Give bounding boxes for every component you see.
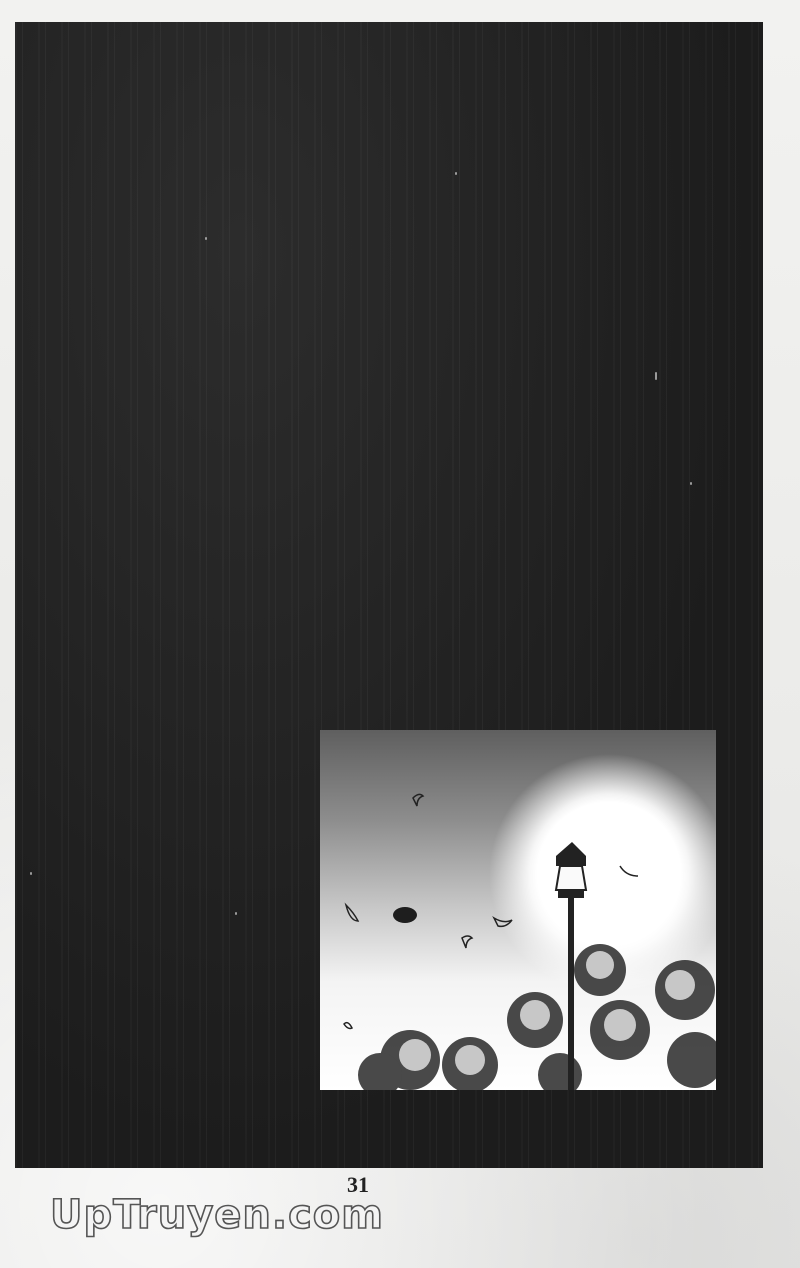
leaf-icon (462, 936, 472, 948)
dark-leaf (393, 907, 417, 923)
dust-speck (235, 912, 237, 915)
streetlamp-illustration (320, 730, 716, 1090)
dust-speck (30, 872, 32, 875)
leaf-icon (346, 905, 358, 921)
leaf-icon (413, 794, 423, 806)
watermark-logo: UpTruyen.com (50, 1192, 384, 1238)
dust-speck (655, 372, 657, 380)
lamp-pole (568, 898, 574, 1090)
dust-speck (455, 172, 457, 175)
leaf-icon (620, 866, 638, 876)
lamp-glass (556, 866, 586, 890)
lamp-cap (556, 842, 586, 856)
leaf-icon (494, 918, 512, 926)
dust-speck (205, 237, 207, 240)
leaf-icon (344, 1023, 352, 1029)
dust-speck (690, 482, 692, 485)
streetlamp-panel (320, 730, 716, 1090)
